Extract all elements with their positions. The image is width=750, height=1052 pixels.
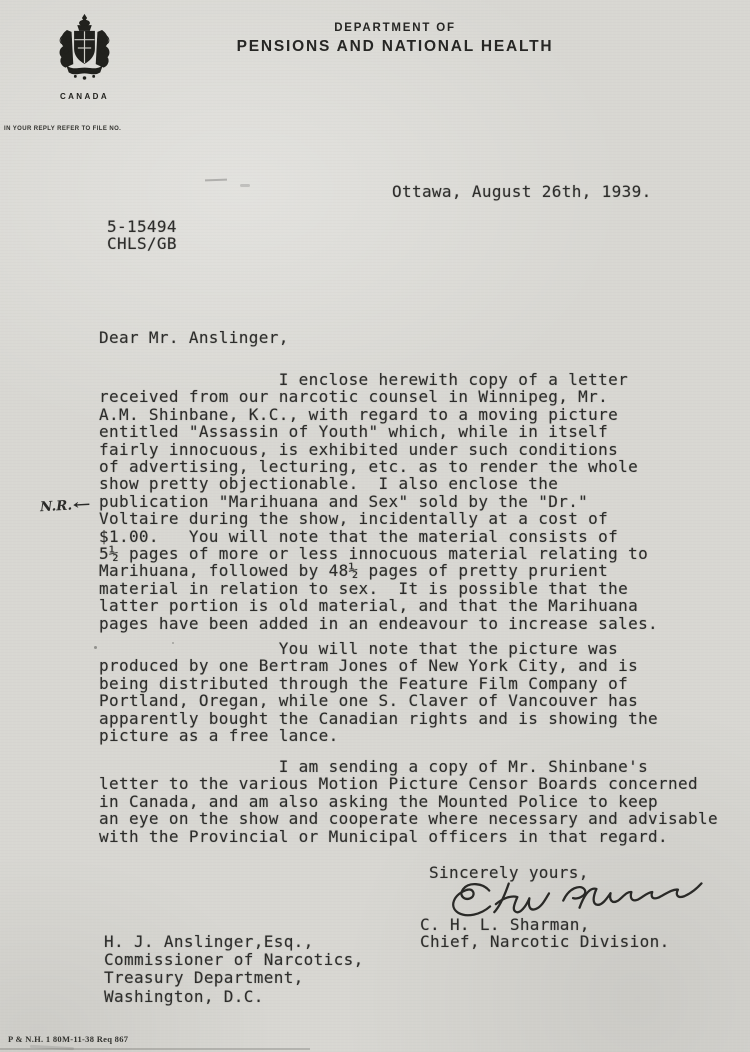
left-arrow-icon: ← [72, 497, 91, 514]
recipient-city: Washington, D.C. [104, 987, 264, 1006]
body-paragraph-3: I am sending a copy of Mr. Shinbane's le… [99, 758, 718, 845]
body-paragraph-2: You will note that the picture was produ… [99, 640, 658, 744]
scan-artifact [205, 179, 227, 182]
margin-note-text: N.R. [40, 498, 73, 516]
recipient-name: H. J. Anslinger,Esq., [104, 932, 314, 951]
letterhead-title: DEPARTMENT OF PENSIONS AND NATIONAL HEAL… [195, 22, 595, 56]
recipient-department: Treasury Department, [104, 968, 304, 987]
dateline: Ottawa, August 26th, 1939. [392, 183, 652, 200]
recipient-address: H. J. Anslinger,Esq.,Commissioner of Nar… [104, 933, 364, 1006]
signer-title: Chief, Narcotic Division. [420, 932, 670, 951]
file-reference-instruction: IN YOUR REPLY REFER TO FILE NO. [4, 126, 121, 132]
crest-caption: CANADA [57, 92, 112, 101]
scan-artifact [0, 1048, 310, 1050]
margin-annotation: N.R.← [40, 497, 88, 515]
department-name: PENSIONS AND NATIONAL HEALTH [195, 38, 595, 56]
body-paragraph-1: I enclose herewith copy of a letter rece… [99, 371, 658, 632]
letter-page: CANADA DEPARTMENT OF PENSIONS AND NATION… [0, 0, 750, 1052]
recipient-title: Commissioner of Narcotics, [104, 950, 364, 969]
canada-coat-of-arms-icon [57, 8, 112, 88]
signature-block: C. H. L. Sharman,Chief, Narcotic Divisio… [420, 916, 670, 950]
file-number: 5-15494 [107, 217, 177, 236]
form-number: P & N.H. 1 80M-11-38 Req 867 [8, 1034, 128, 1044]
file-reference: 5-15494CHLS/GB [107, 218, 177, 253]
file-initials: CHLS/GB [107, 234, 177, 253]
scan-artifact [94, 646, 97, 649]
department-of-label: DEPARTMENT OF [195, 22, 595, 34]
sharman-signature-autograph [446, 874, 704, 920]
salutation: Dear Mr. Anslinger, [99, 329, 289, 346]
scan-artifact [30, 1045, 74, 1050]
scan-artifact [240, 184, 250, 187]
